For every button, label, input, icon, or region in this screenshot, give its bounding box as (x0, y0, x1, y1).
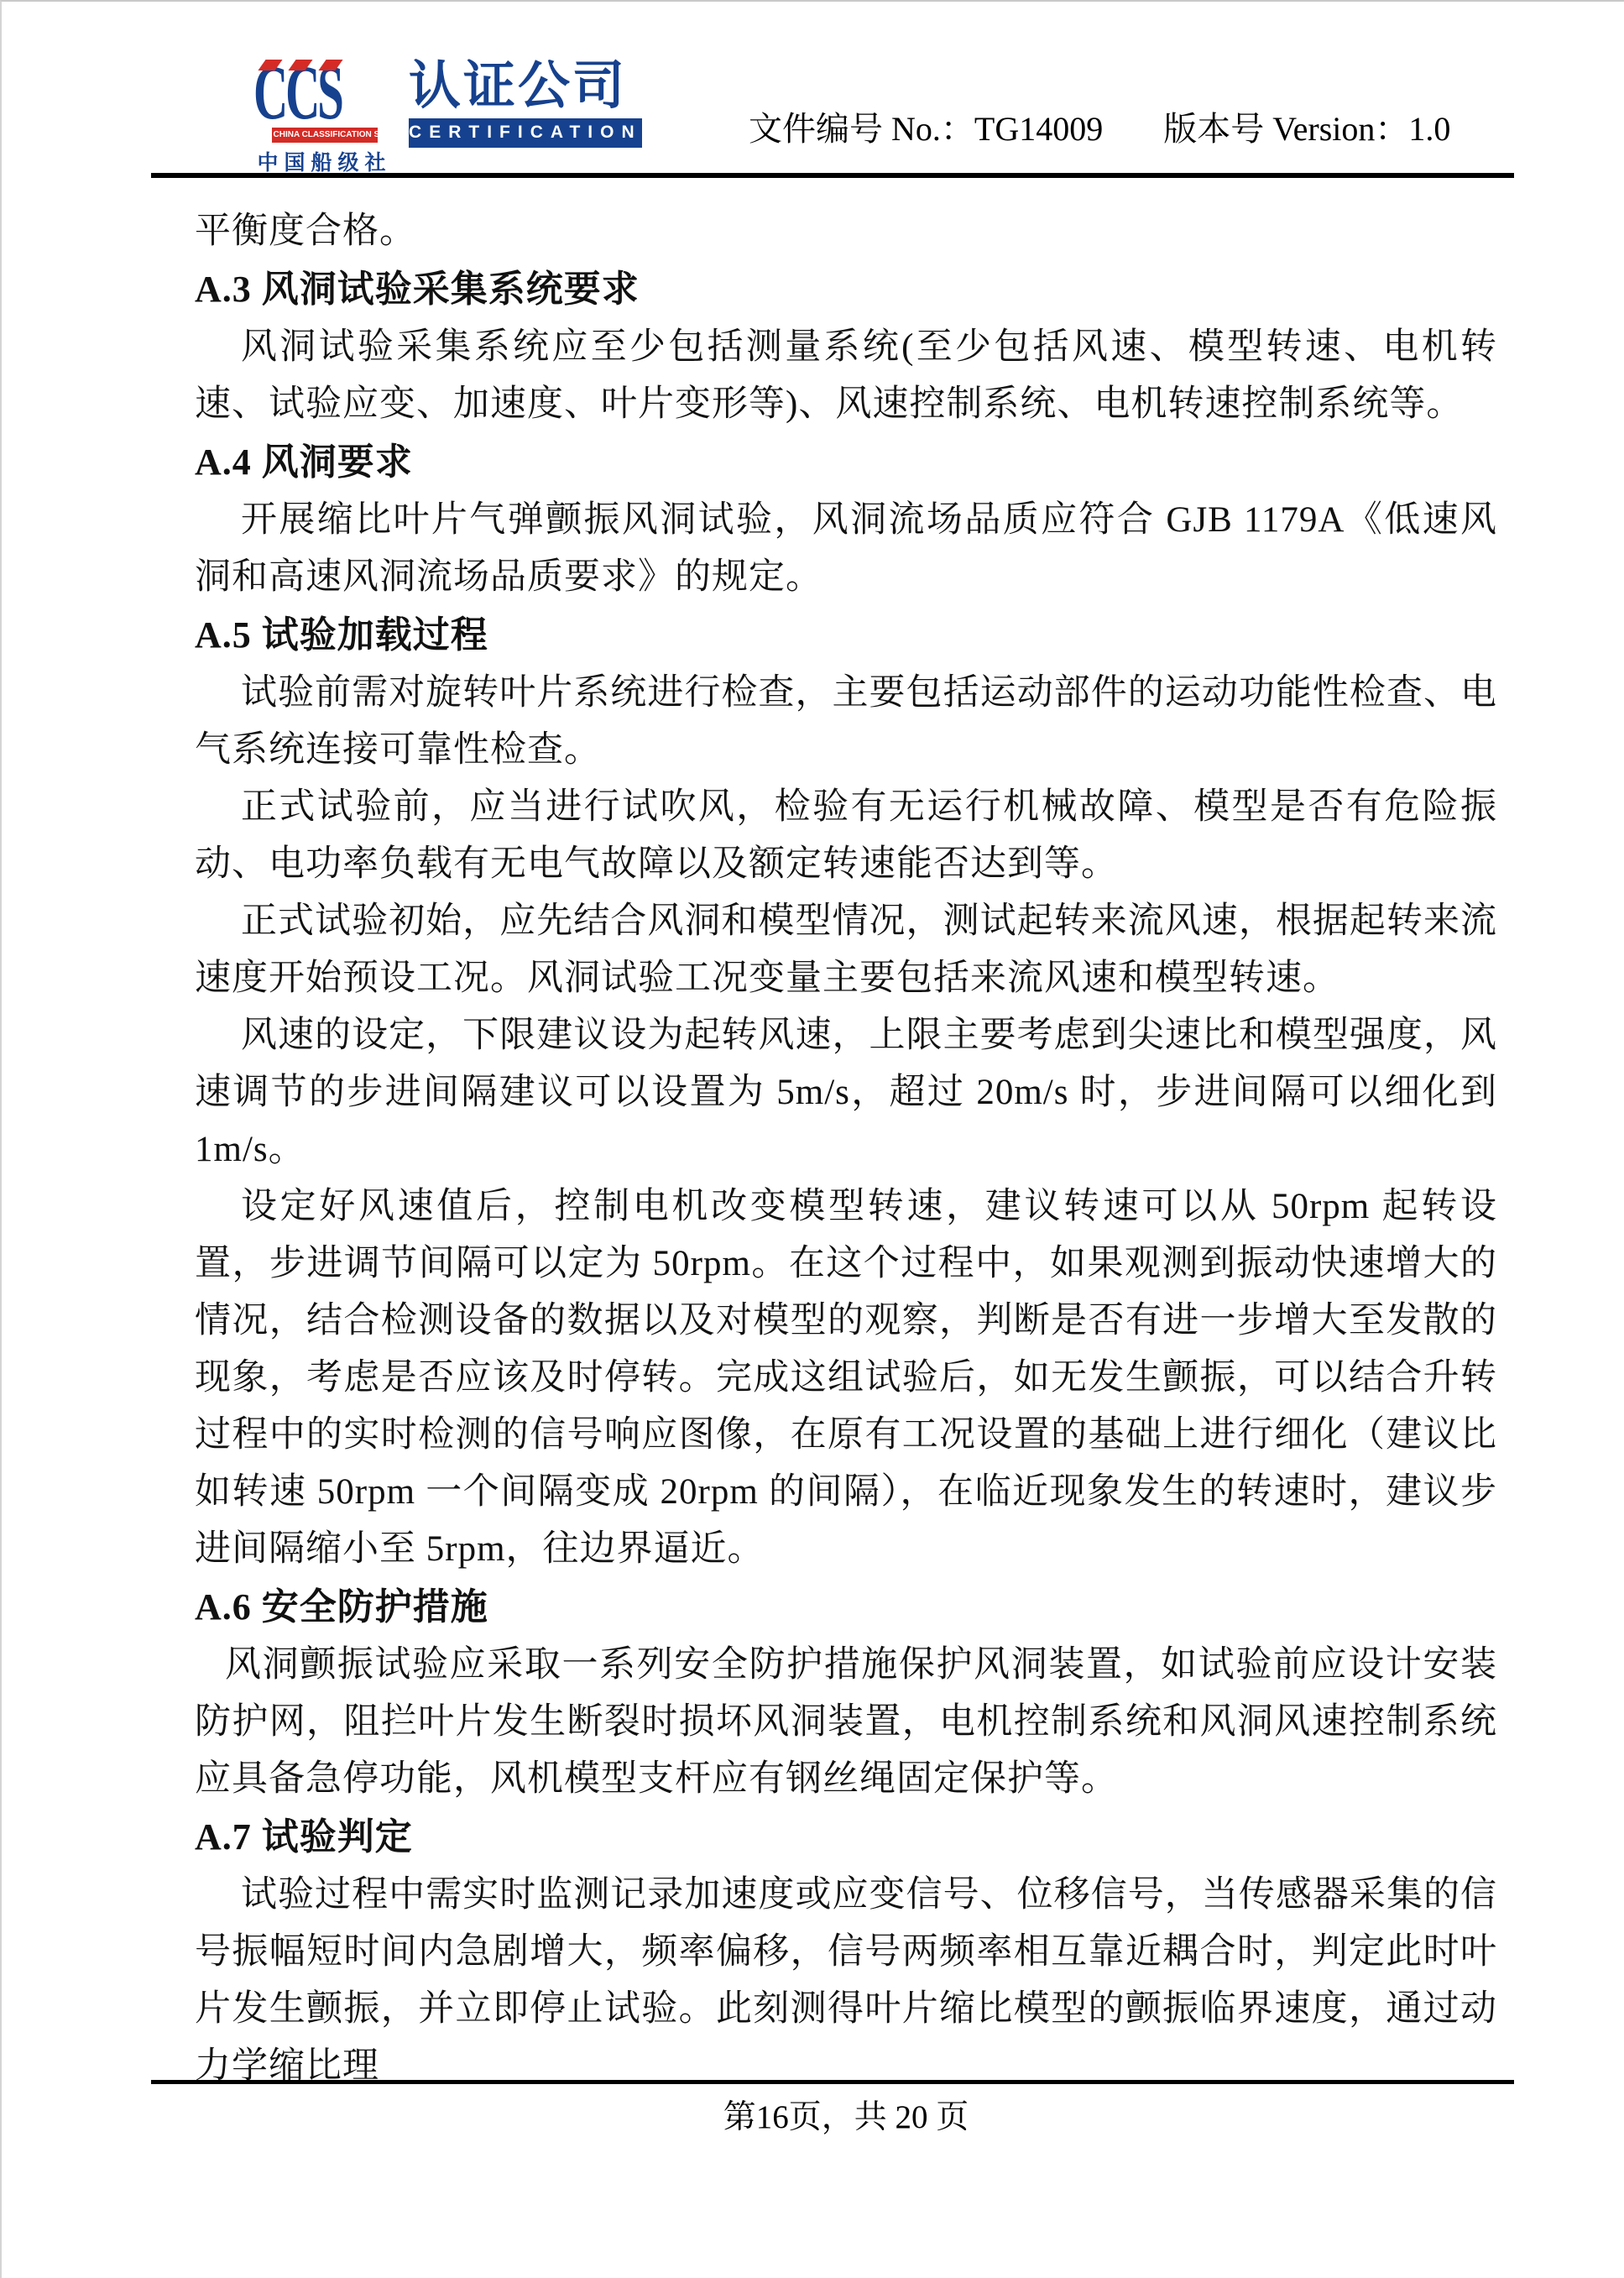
paragraph-a3-body: 风洞试验采集系统应至少包括测量系统(至少包括风速、模型转速、电机转速、试验应变、… (195, 319, 1497, 433)
paragraph-a5-body-1: 试验前需对旋转叶片系统进行检查，主要包括运动部件的运动功能性检查、电气系统连接可… (195, 665, 1497, 779)
document-meta: 文件编号 No.：TG14009 版本号 Version：1.0 (749, 109, 1450, 149)
section-heading-a4: A.4 风洞要求 (195, 433, 1497, 492)
document-page: CCS CHINA CLASSIFICATION SOCIETY 中国船级社 认… (0, 0, 1624, 2278)
ccs-red-accents-icon (253, 59, 354, 76)
document-number: 文件编号 No.：TG14009 (749, 109, 1103, 149)
paragraph-balance-note: 平衡度合格。 (195, 203, 1497, 260)
paragraph-a5-body-4: 风速的设定，下限建议设为起转风速，上限主要考虑到尖速比和模型强度，风速调节的步进… (195, 1007, 1497, 1178)
page-number: 第16页，共 20 页 (195, 2097, 1497, 2139)
paragraph-a5-body-3: 正式试验初始，应先结合风洞和模型情况，测试起转来流风速，根据起转来流速度开始预设… (195, 893, 1497, 1007)
ccs-society-cn: 中国船级社 (258, 146, 392, 176)
ccs-company-name: 认证公司 (409, 59, 642, 114)
section-heading-a7: A.7 试验判定 (195, 1808, 1497, 1867)
header-divider (151, 173, 1514, 178)
ccs-certification-banner: CERTIFICATION (409, 118, 642, 148)
paragraph-a6-body: 风洞颤振试验应采取一系列安全防护措施保护风洞装置，如试验前应设计安装防护网，阻拦… (195, 1637, 1497, 1808)
paragraph-a4-body: 开展缩比叶片气弹颤振风洞试验，风洞流场品质应符合 GJB 1179A《低速风洞和… (195, 492, 1497, 606)
ccs-logo-right: 认证公司 CERTIFICATION (409, 59, 642, 148)
section-heading-a6: A.6 安全防护措施 (195, 1578, 1497, 1637)
footer-divider (151, 2080, 1514, 2084)
section-heading-a5: A.5 试验加载过程 (195, 606, 1497, 665)
section-heading-a3: A.3 风洞试验采集系统要求 (195, 260, 1497, 319)
ccs-logo: CCS CHINA CLASSIFICATION SOCIETY 中国船级社 认… (253, 59, 642, 176)
ccs-logo-left: CCS CHINA CLASSIFICATION SOCIETY 中国船级社 (253, 59, 395, 176)
document-version: 版本号 Version：1.0 (1163, 109, 1450, 149)
paragraph-a5-body-5: 设定好风速值后，控制电机改变模型转速，建议转速可以从 50rpm 起转设置，步进… (195, 1178, 1497, 1578)
paragraph-a5-body-2: 正式试验前，应当进行试吹风，检验有无运行机械故障、模型是否有危险振动、电功率负载… (195, 779, 1497, 893)
paragraph-a7-body: 试验过程中需实时监测记录加速度或应变信号、位移信号，当传感器采集的信号振幅短时间… (195, 1867, 1497, 2095)
document-body: 平衡度合格。 A.3 风洞试验采集系统要求 风洞试验采集系统应至少包括测量系统(… (195, 203, 1497, 2095)
